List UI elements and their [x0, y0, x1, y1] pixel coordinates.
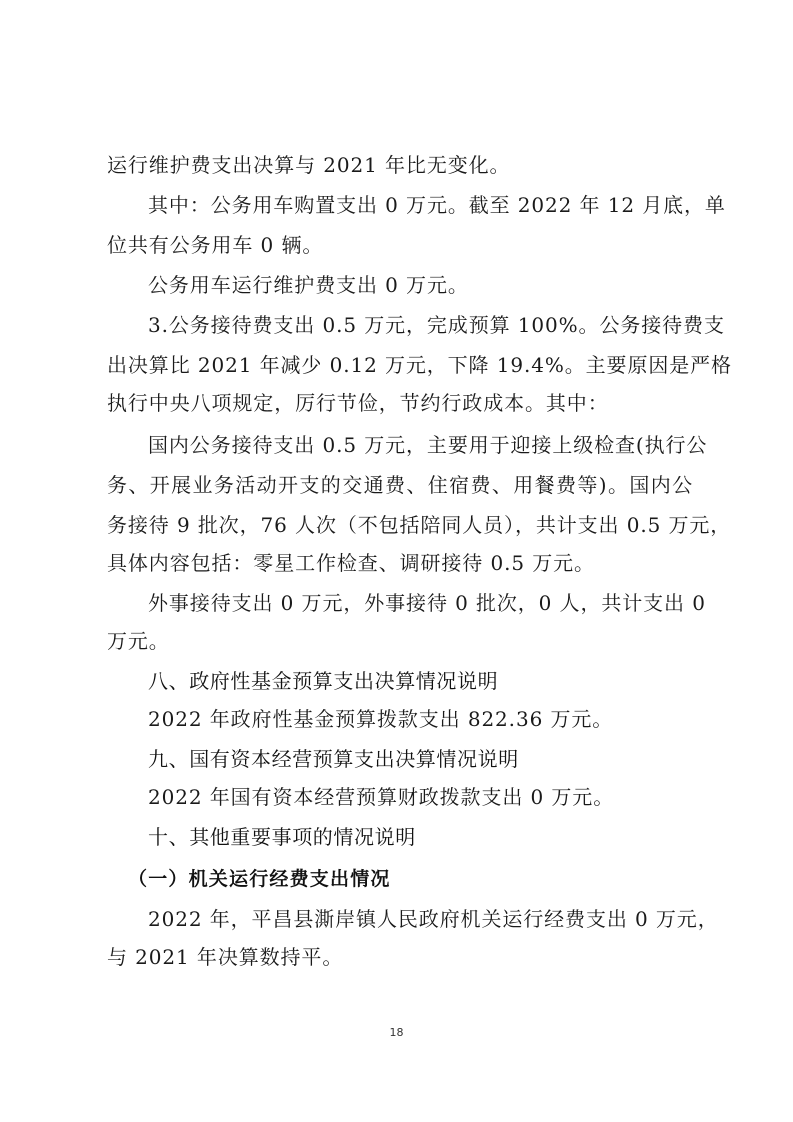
body-line: 2022 年国有资本经营预算财政拨款支出 0 万元。 — [148, 782, 738, 812]
body-line: 万元。 — [107, 626, 697, 656]
body-line: 3.公务接待费支出 0.5 万元，完成预算 100%。公务接待费支 — [148, 310, 693, 340]
body-line: 务、开展业务活动开支的交通费、住宿费、用餐费等)。国内公 — [107, 470, 693, 500]
body-line: 与 2021 年决算数持平。 — [107, 942, 697, 972]
body-line: 执行中央八项规定，厉行节俭，节约行政成本。其中： — [107, 388, 697, 418]
body-line: 务接待 9 批次，76 人次（不包括陪同人员），共计支出 0.5 万元， — [107, 510, 693, 540]
body-line: 公务用车运行维护费支出 0 万元。 — [148, 270, 738, 300]
body-line: 具体内容包括：零星工作检查、调研接待 0.5 万元。 — [107, 548, 697, 578]
document-page: 运行维护费支出决算与 2021 年比无变化。 其中：公务用车购置支出 0 万元。… — [0, 0, 793, 1122]
page-number: 18 — [0, 1026, 793, 1039]
section-heading-8: 八、政府性基金预算支出决算情况说明 — [148, 666, 738, 696]
body-line: 2022 年政府性基金预算拨款支出 822.36 万元。 — [148, 704, 738, 734]
section-heading-10: 十、其他重要事项的情况说明 — [148, 822, 738, 852]
body-line: 位共有公务用车 0 辆。 — [107, 230, 697, 260]
body-line: 运行维护费支出决算与 2021 年比无变化。 — [107, 150, 697, 180]
body-line: 出决算比 2021 年减少 0.12 万元，下降 19.4%。主要原因是严格 — [107, 350, 693, 380]
body-line: 外事接待支出 0 万元，外事接待 0 批次，0 人，共计支出 0 — [148, 588, 693, 618]
body-line: 2022 年，平昌县澌岸镇人民政府机关运行经费支出 0 万元， — [148, 904, 693, 934]
subsection-heading: （一）机关运行经费支出情况 — [128, 864, 718, 894]
body-line: 其中：公务用车购置支出 0 万元。截至 2022 年 12 月底，单 — [148, 190, 693, 220]
body-line: 国内公务接待支出 0.5 万元，主要用于迎接上级检查(执行公 — [148, 430, 693, 460]
section-heading-9: 九、国有资本经营预算支出决算情况说明 — [148, 744, 738, 774]
